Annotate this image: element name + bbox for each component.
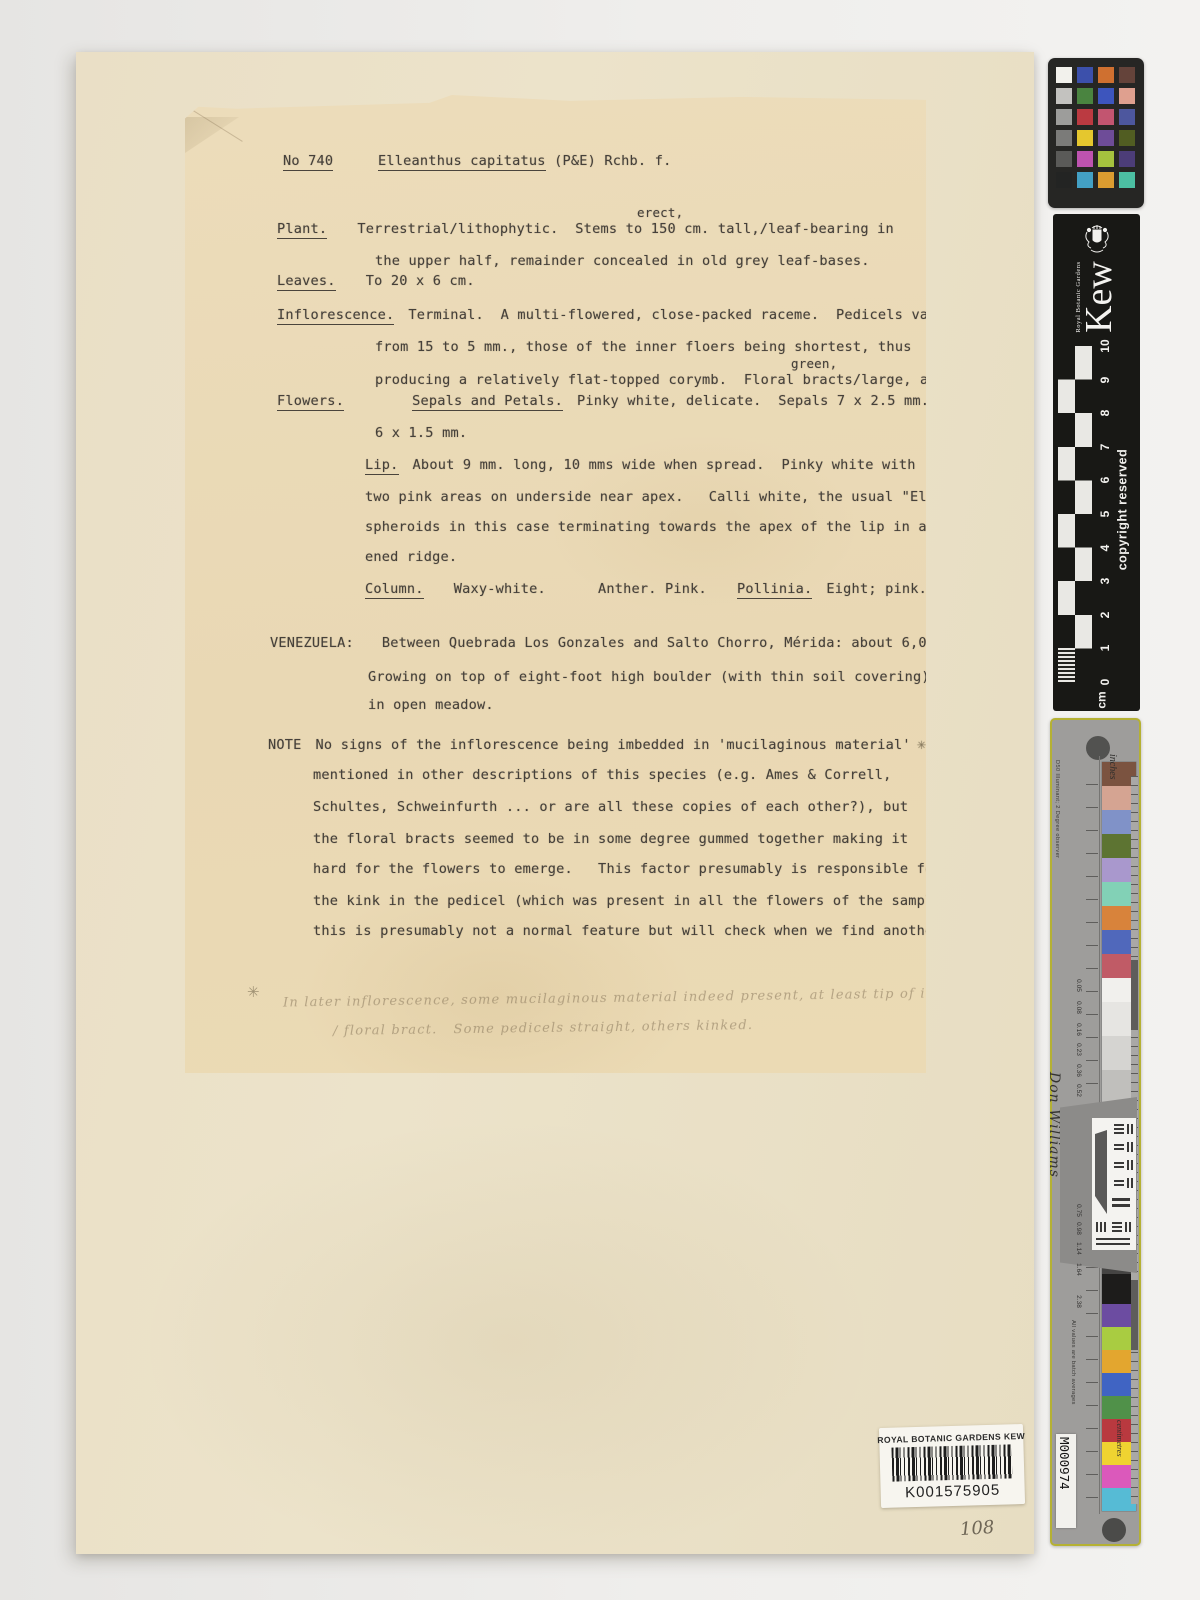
plant-row: Plant.Terrestrial/lithophytic. Stems to … (277, 221, 894, 237)
note-line2: mentioned in other descriptions of this … (313, 767, 892, 783)
venezuela-line2: Growing on top of eight-foot high boulde… (368, 669, 930, 685)
color-patch (1119, 151, 1135, 167)
cm-ruler-number: 7 (1098, 437, 1112, 457)
note-number-row: No 740 (283, 153, 333, 169)
resolution-test-target (1092, 1118, 1136, 1250)
lip-line2-faint: us" (977, 489, 1002, 505)
color-patch (1077, 130, 1093, 146)
inflorescence-row: Inflorescence.Terminal. A multi-flowered… (277, 307, 945, 323)
color-patch (1056, 130, 1072, 146)
pollinia-label: Pollinia. (737, 581, 812, 599)
lip-label: Lip. (365, 457, 399, 475)
color-patch (1077, 88, 1093, 104)
cm-ruler-number: 0 (1098, 672, 1112, 692)
color-patch (1077, 151, 1093, 167)
color-patch (1077, 67, 1093, 83)
species-binomial: Elleanthus capitatus (378, 153, 546, 171)
scan-stage: No 740 Elleanthus capitatus (P&E) Rchb. … (0, 0, 1200, 1600)
inflorescence-insert: green, (791, 356, 837, 371)
density-value: 0.36 (1075, 1064, 1082, 1077)
venezuela-row: VENEZUELA:Between Quebrada Los Gonzales … (270, 635, 952, 651)
color-patch (1098, 67, 1114, 83)
plant-line1: Terrestrial/lithophytic. Stems to 150 cm… (357, 221, 894, 237)
inflorescence-line2: from 15 to 5 mm., those of the inner flo… (375, 339, 912, 355)
cm-ruler-number: 2 (1098, 605, 1112, 625)
anther-text: Anther. Pink. (598, 581, 707, 597)
color-patch (1098, 109, 1114, 125)
color-patch (1119, 172, 1135, 188)
cm-ruler-column-left (1058, 346, 1075, 682)
note-label: NOTE (268, 737, 302, 753)
note-line6: the kink in the pedicel (which was prese… (313, 893, 959, 909)
cm-ruler-number: 5 (1098, 504, 1112, 524)
density-value: 2.38 (1075, 1295, 1082, 1308)
pencil-asterisk-inline: ✳ (917, 735, 926, 753)
note-line1: No signs of the inflorescence being imbe… (316, 737, 911, 753)
color-checker-grid (1056, 67, 1135, 188)
venezuela-line3: in open meadow. (368, 697, 494, 713)
cm-ruler-number: 9 (1098, 370, 1112, 390)
title-row: Elleanthus capitatus (P&E) Rchb. f. (378, 153, 671, 169)
density-value: 0.98 (1075, 1222, 1082, 1235)
density-value: 1.14 (1075, 1242, 1082, 1255)
accession-number: M000974 (1057, 1437, 1072, 1490)
accession-sticker: M000974 (1056, 1434, 1076, 1528)
note-line3: Schultes, Schweinfurth ... or are all th… (313, 799, 908, 815)
flowers-row: Flowers.Sepals and Petals.Pinky white, d… (277, 393, 996, 409)
density-value: 1.64 (1075, 1263, 1082, 1276)
cm-ruler-number: 6 (1098, 470, 1112, 490)
flowers-line2: 6 x 1.5 mm. (375, 425, 467, 441)
cm-ruler-number: 1 (1098, 638, 1112, 658)
venezuela-label: VENEZUELA: (270, 635, 354, 651)
herbarium-sheet: No 740 Elleanthus capitatus (P&E) Rchb. … (76, 52, 1034, 1554)
centimetres-label: centimetres (1115, 1420, 1124, 1457)
lip-line1: About 9 mm. long, 10 mms wide when sprea… (413, 457, 916, 473)
lip-line2: two pink areas on underside near apex. C… (365, 489, 1002, 505)
edge-ruler-segment2 (1131, 1280, 1138, 1350)
leaves-label: Leaves. (277, 273, 336, 291)
owner-signature: Don Williams (1046, 1072, 1062, 1178)
venezuela-line1: Between Quebrada Los Gonzales and Salto … (382, 635, 952, 651)
column-label: Column. (365, 581, 424, 599)
color-checker-card (1048, 58, 1144, 208)
separation-guide-ruler: D50 Illuminant; 2 Degree observer Don Wi… (1050, 718, 1141, 1546)
flowers-label: Flowers. (277, 393, 344, 411)
kew-scale-bar: Royal Botanic Gardens Kew 012345678910 c… (1053, 214, 1140, 711)
barcode-number: K001575905 (905, 1481, 1001, 1501)
density-value: 0.05 (1075, 979, 1082, 992)
plant-line2: the upper half, remainder concealed in o… (375, 253, 870, 269)
plant-insert: erect, (637, 205, 683, 220)
density-value: 0.23 (1075, 1043, 1082, 1056)
species-authority: (P&E) Rchb. f. (554, 153, 671, 169)
barcode-label: ROYAL BOTANIC GARDENS KEW K001575905 (879, 1424, 1025, 1508)
lip-row: Lip.About 9 mm. long, 10 mms wide when s… (365, 457, 916, 473)
color-patch (1119, 130, 1135, 146)
inflorescence-label: Inflorescence. (277, 307, 394, 325)
note-line5: hard for the flowers to emerge. This fac… (313, 861, 942, 877)
note-line7: this is presumably not a normal feature … (313, 923, 950, 939)
note-number: No 740 (283, 153, 333, 171)
inches-label: inches (1107, 754, 1118, 780)
color-patch (1119, 109, 1135, 125)
barcode-icon (891, 1444, 1012, 1481)
cm-ruler-mm-hatch (1058, 648, 1075, 682)
color-patch (1098, 88, 1114, 104)
leaves-row: Leaves.To 20 x 6 cm. (277, 273, 475, 289)
density-value: 0.52 (1075, 1084, 1082, 1097)
pollinia-text: Eight; pink. (826, 581, 927, 597)
sepals-petals-label: Sepals and Petals. (412, 393, 563, 411)
edge-ruler-segment (1131, 960, 1138, 1030)
cm-ruler-number: 4 (1098, 538, 1112, 558)
cm-ruler-number: 8 (1098, 403, 1112, 423)
cm-ruler-number: 10 (1098, 336, 1112, 356)
note-block-row: NOTENo signs of the inflorescence being … (268, 735, 926, 753)
barcode-org-text: ROYAL BOTANIC GARDENS KEW (877, 1430, 1025, 1444)
color-patch (1098, 130, 1114, 146)
color-patch (1077, 109, 1093, 125)
illuminant-text: D50 Illuminant; 2 Degree observer (1054, 760, 1060, 858)
color-patch (1119, 67, 1135, 83)
copyright-text: copyright reserved (1116, 429, 1131, 591)
scan-background: { "sheet": { "page_number": "108" }, "no… (0, 0, 1200, 1600)
leaves-line1: To 20 x 6 cm. (366, 273, 475, 289)
pencil-note-line2: / floral bract. Some pedicels straight, … (333, 1018, 753, 1039)
plant-label: Plant. (277, 221, 327, 239)
inflorescence-line1: Terminal. A multi-flowered, close-packed… (408, 307, 945, 323)
handwritten-page-number: 108 (959, 1517, 995, 1540)
density-value: 0.08 (1075, 1001, 1082, 1014)
lip-line4: ened ridge. (365, 549, 457, 565)
color-patch (1056, 172, 1072, 188)
batch-note-text: All values are batch averages (1070, 1320, 1076, 1405)
kew-logo-text: Kew (1082, 261, 1116, 333)
color-patch (1098, 172, 1114, 188)
color-patch (1098, 151, 1114, 167)
lip-line3: spheroids in this case terminating towar… (365, 519, 985, 535)
color-patch (1077, 172, 1093, 188)
color-patch (1056, 67, 1072, 83)
flowers-line1: Pinky white, delicate. Sepals 7 x 2.5 mm… (577, 393, 996, 409)
density-value: 0.75 (1075, 1204, 1082, 1217)
color-patch (1056, 88, 1072, 104)
pencil-note-line1: In later inflorescence, some mucilaginou… (283, 986, 932, 1010)
color-patch (1056, 151, 1072, 167)
cm-ruler-number: 3 (1098, 571, 1112, 591)
pencil-asterisk: ✳ (247, 983, 260, 1001)
column-text: Waxy-white. (454, 581, 546, 597)
color-patch (1119, 88, 1135, 104)
density-value: 0.16 (1075, 1023, 1082, 1036)
inflorescence-line3: producing a relatively flat-topped corym… (375, 372, 987, 388)
column-row: Column.Waxy-white.Anther. Pink.Pollinia.… (365, 581, 927, 597)
registration-dot-bottom (1102, 1518, 1126, 1542)
cm-ruler-column-right (1075, 346, 1092, 682)
note-line4: the floral bracts seemed to be in some d… (313, 831, 908, 847)
color-patch (1056, 109, 1072, 125)
typed-note-paper: No 740 Elleanthus capitatus (P&E) Rchb. … (185, 95, 926, 1073)
cm-unit-label: cm (1095, 691, 1109, 708)
